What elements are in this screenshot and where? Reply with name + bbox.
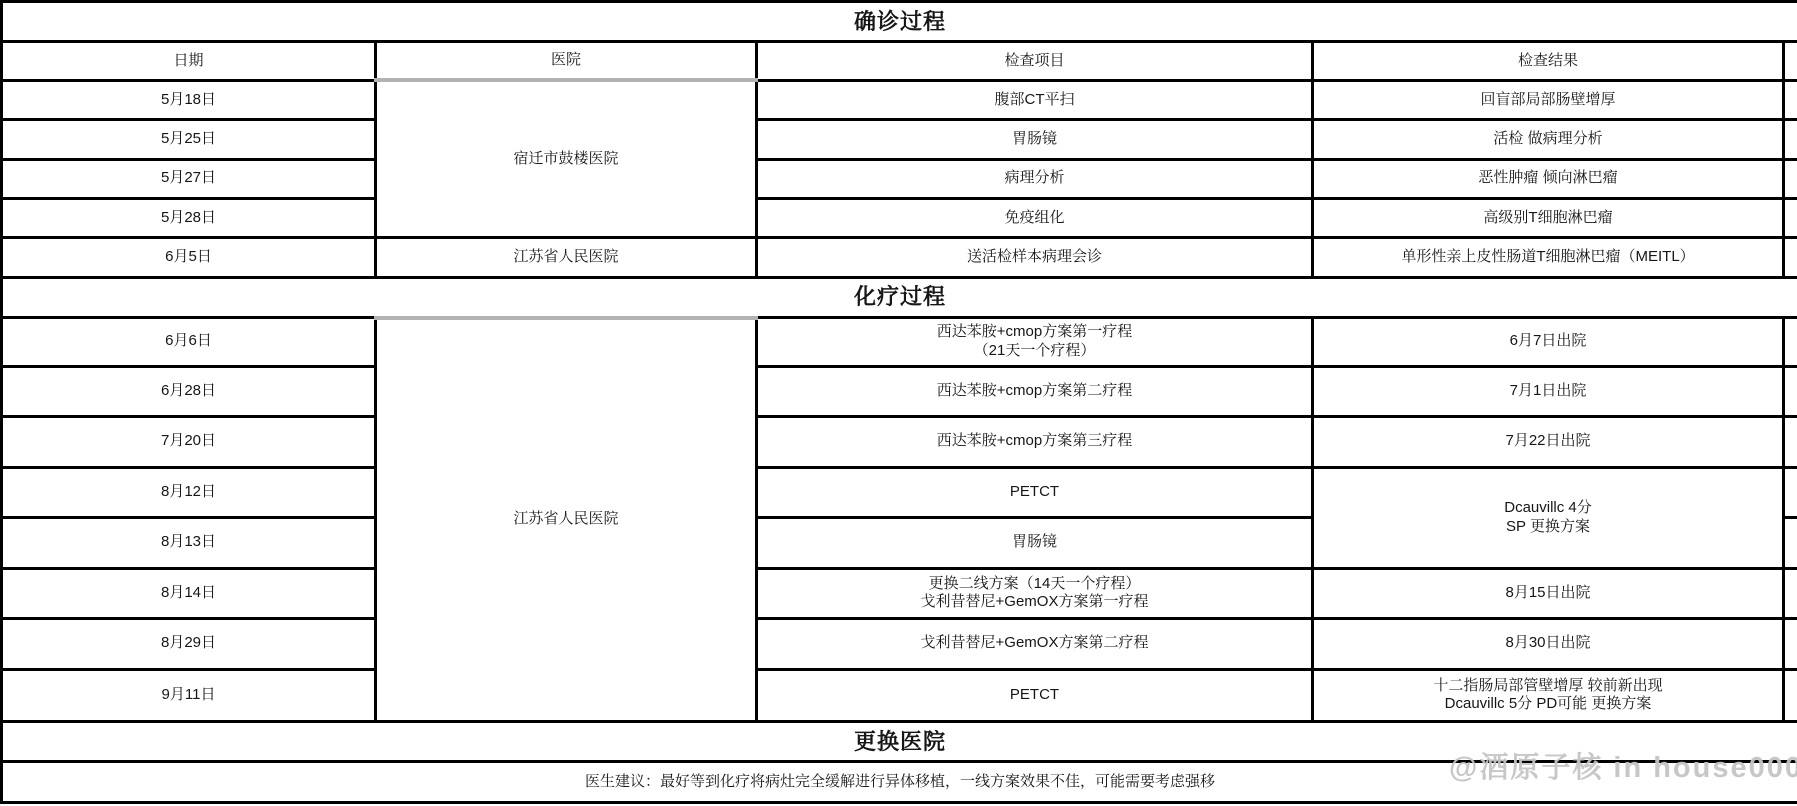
cell-item: 胃肠镜: [757, 120, 1313, 159]
cell-item: PETCT: [757, 669, 1313, 722]
cell-result: 8月15日出院: [1313, 568, 1784, 619]
cell-date: 6月6日: [2, 318, 376, 366]
medical-timeline-table: 确诊过程 日期 医院 检查项目 检查结果 5月18日 宿迁市鼓楼医院 腹部CT平…: [0, 0, 1797, 804]
table-edge-spacer: [1784, 366, 1797, 417]
cell-result: 高级别T细胞淋巴瘤: [1313, 198, 1784, 237]
cell-date: 8月14日: [2, 568, 376, 619]
cell-date: 7月20日: [2, 417, 376, 468]
watermark: @酒原子核 in house000: [1449, 745, 1797, 786]
table-row: 6月6日 江苏省人民医院 西达苯胺+cmop方案第一疗程 （21天一个疗程） 6…: [2, 318, 1797, 366]
cell-date: 9月11日: [2, 669, 376, 722]
cell-date: 6月28日: [2, 366, 376, 417]
table-edge-spacer: [1784, 619, 1797, 670]
cell-date: 5月18日: [2, 80, 376, 119]
table-row: 6月28日 西达苯胺+cmop方案第二疗程 7月1日出院: [2, 366, 1797, 417]
cell-item: 胃肠镜: [757, 518, 1313, 569]
cell-result: 7月22日出院: [1313, 417, 1784, 468]
table-edge-spacer: [1784, 238, 1797, 277]
cell-date: 8月29日: [2, 619, 376, 670]
table-edge-spacer: [1784, 467, 1797, 518]
table-edge-spacer: [1784, 318, 1797, 366]
table-edge-spacer: [1784, 198, 1797, 237]
header-result: 检查结果: [1313, 42, 1784, 80]
table-row: 5月27日 病理分析 恶性肿瘤 倾向淋巴瘤: [2, 159, 1797, 198]
cell-date: 5月27日: [2, 159, 376, 198]
section-row-chemo: 化疗过程: [2, 277, 1797, 317]
cell-result-merged: Dcauvillc 4分 SP 更换方案: [1313, 467, 1784, 568]
section-title-chemo: 化疗过程: [2, 277, 1797, 317]
table-edge-spacer: [1784, 518, 1797, 569]
table-row: 6月5日 江苏省人民医院 送活检样本病理会诊 单形性亲上皮性肠道T细胞淋巴瘤（M…: [2, 238, 1797, 277]
cell-item: 更换二线方案（14天一个疗程） 戈利昔替尼+GemOX方案第一疗程: [757, 568, 1313, 619]
cell-result: 恶性肿瘤 倾向淋巴瘤: [1313, 159, 1784, 198]
table-row: 5月25日 胃肠镜 活检 做病理分析: [2, 120, 1797, 159]
table-row: 8月12日 PETCT Dcauvillc 4分 SP 更换方案: [2, 467, 1797, 518]
table-row: 8月14日 更换二线方案（14天一个疗程） 戈利昔替尼+GemOX方案第一疗程 …: [2, 568, 1797, 619]
cell-date: 5月25日: [2, 120, 376, 159]
cell-date: 5月28日: [2, 198, 376, 237]
table-row: 5月18日 宿迁市鼓楼医院 腹部CT平扫 回盲部局部肠壁增厚: [2, 80, 1797, 119]
cell-item: 西达苯胺+cmop方案第三疗程: [757, 417, 1313, 468]
cell-hospital: 江苏省人民医院: [376, 238, 757, 277]
table-edge-spacer: [1784, 417, 1797, 468]
header-item: 检查项目: [757, 42, 1313, 80]
table-edge-spacer: [1784, 669, 1797, 722]
table-edge-spacer: [1784, 120, 1797, 159]
cell-item: 西达苯胺+cmop方案第一疗程 （21天一个疗程）: [757, 318, 1313, 366]
header-date: 日期: [2, 42, 376, 80]
cell-item: PETCT: [757, 467, 1313, 518]
cell-result: 活检 做病理分析: [1313, 120, 1784, 159]
table-edge-spacer: [1784, 568, 1797, 619]
cell-item: 免疫组化: [757, 198, 1313, 237]
cell-result: 回盲部局部肠壁增厚: [1313, 80, 1784, 119]
table-edge-spacer: [1784, 80, 1797, 119]
cell-date: 8月12日: [2, 467, 376, 518]
table-row: 7月20日 西达苯胺+cmop方案第三疗程 7月22日出院: [2, 417, 1797, 468]
section-row-diagnosis: 确诊过程: [2, 2, 1797, 42]
cell-result: 6月7日出院: [1313, 318, 1784, 366]
cell-item: 送活检样本病理会诊: [757, 238, 1313, 277]
cell-result: 十二指肠局部管壁增厚 较前新出现 Dcauvillc 5分 PD可能 更换方案: [1313, 669, 1784, 722]
cell-date: 8月13日: [2, 518, 376, 569]
section-title-diagnosis: 确诊过程: [2, 2, 1797, 42]
table-row: 8月29日 戈利昔替尼+GemOX方案第二疗程 8月30日出院: [2, 619, 1797, 670]
table-row: 9月11日 PETCT 十二指肠局部管壁增厚 较前新出现 Dcauvillc 5…: [2, 669, 1797, 722]
cell-hospital-merged: 江苏省人民医院: [376, 318, 757, 722]
table-header-row: 日期 医院 检查项目 检查结果: [2, 42, 1797, 80]
cell-hospital-merged: 宿迁市鼓楼医院: [376, 80, 757, 238]
cell-item: 戈利昔替尼+GemOX方案第二疗程: [757, 619, 1313, 670]
table-edge-spacer: [1784, 159, 1797, 198]
cell-result: 8月30日出院: [1313, 619, 1784, 670]
cell-item: 病理分析: [757, 159, 1313, 198]
table-edge-spacer: [1784, 42, 1797, 80]
header-hospital: 医院: [376, 42, 757, 80]
cell-date: 6月5日: [2, 238, 376, 277]
table-row: 5月28日 免疫组化 高级别T细胞淋巴瘤: [2, 198, 1797, 237]
cell-item: 腹部CT平扫: [757, 80, 1313, 119]
cell-item: 西达苯胺+cmop方案第二疗程: [757, 366, 1313, 417]
cell-result: 单形性亲上皮性肠道T细胞淋巴瘤（MEITL）: [1313, 238, 1784, 277]
cell-result: 7月1日出院: [1313, 366, 1784, 417]
